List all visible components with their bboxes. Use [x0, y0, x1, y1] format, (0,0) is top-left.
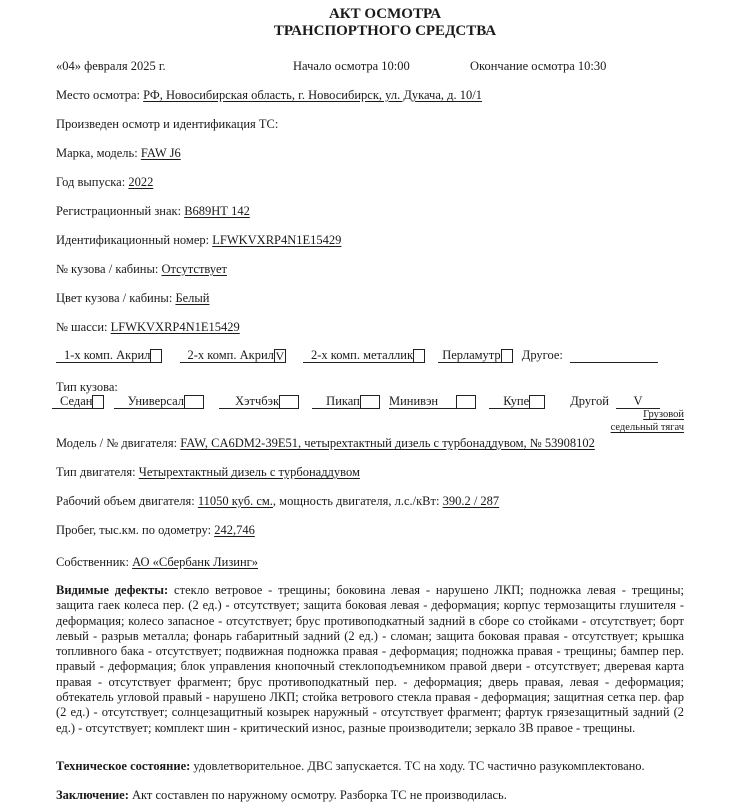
body-option-pickup: Пикап [312, 394, 380, 409]
engine-volume-power: Рабочий объем двигателя: 11050 куб. см.,… [56, 494, 499, 509]
checkbox[interactable] [529, 395, 545, 409]
field-label: Марка, модель: [56, 146, 141, 160]
engine-model: Модель / № двигателя: FAW, CA6DM2-39E51,… [56, 436, 595, 451]
paint-type-row: 1-х комп. Акрил 2-х комп. АкрилV 2-х ком… [56, 348, 658, 363]
paint-option-pearl: Перламутр [438, 348, 512, 363]
field-vin: Идентификационный номер: LFWKVXRP4N1E154… [56, 233, 341, 248]
inspection-place: Место осмотра: РФ, Новосибирская область… [56, 88, 482, 103]
field-color: Цвет кузова / кабины: Белый [56, 291, 210, 306]
field-label: Тип двигателя: [56, 465, 139, 479]
checkbox[interactable] [413, 349, 425, 363]
defects-text: стекло ветровое - трещины; боковина лева… [56, 583, 684, 735]
field-label: Идентификационный номер: [56, 233, 212, 247]
field-value: РФ, Новосибирская область, г. Новосибирс… [143, 88, 482, 102]
identification-heading: Произведен осмотр и идентификация ТС: [56, 117, 278, 132]
field-label: Модель / № двигателя: [56, 436, 180, 450]
body-option-sedan: Седан [52, 394, 104, 409]
paint-other-field[interactable] [570, 350, 658, 363]
field-make-model: Марка, модель: FAW J6 [56, 146, 181, 161]
field-value: АО «Сбербанк Лизинг» [132, 555, 258, 569]
inspection-end: Окончание осмотра 10:30 [470, 59, 606, 74]
field-value: В689НТ 142 [184, 204, 250, 218]
field-value: Белый [175, 291, 209, 305]
field-value: LFWKVXRP4N1E15429 [212, 233, 341, 247]
field-value: 2022 [128, 175, 153, 189]
field-value: FAW J6 [141, 146, 181, 160]
tech-state-label: Техническое состояние: [56, 759, 190, 773]
inspection-date: «04» февраля 2025 г. [56, 59, 166, 74]
field-label: , мощность двигателя, л.с./кВт: [273, 494, 443, 508]
body-option-hatchback: Хэтчбэк [219, 394, 299, 409]
field-label: Регистрационный знак: [56, 204, 184, 218]
field-label: Рабочий объем двигателя: [56, 494, 198, 508]
paint-option-acryl-1: 1-х комп. Акрил [56, 348, 162, 363]
field-label: № шасси: [56, 320, 111, 334]
paint-option-acryl-2: 2-х комп. АкрилV [180, 348, 286, 363]
defects-label: Видимые дефекты: [56, 583, 168, 597]
field-value: 390.2 / 287 [443, 494, 500, 508]
field-reg-plate: Регистрационный знак: В689НТ 142 [56, 204, 250, 219]
checkbox[interactable] [360, 395, 380, 409]
conclusion: Заключение: Акт составлен по наружному о… [56, 788, 507, 803]
field-label: Цвет кузова / кабины: [56, 291, 175, 305]
field-label: Год выпуска: [56, 175, 128, 189]
body-option-wagon: Универсал [114, 394, 204, 409]
field-value: FAW, CA6DM2-39E51, четырехтактный дизель… [180, 436, 595, 450]
checkbox[interactable] [150, 349, 162, 363]
checkbox[interactable] [184, 395, 204, 409]
mileage: Пробег, тыс.км. по одометру: 242,746 [56, 523, 255, 538]
checkbox[interactable]: V [274, 349, 286, 363]
body-other-label: Другой [570, 394, 609, 408]
paint-other-label: Другое: [522, 348, 563, 362]
field-value: Отсутствует [162, 262, 227, 276]
checkbox[interactable] [501, 349, 513, 363]
body-other-mark[interactable]: V [616, 394, 660, 409]
tech-state-text: удовлетворительное. ДВС запускается. ТС … [190, 759, 644, 773]
field-label: Место осмотра: [56, 88, 143, 102]
document-title-line1: АКТ ОСМОТРА [0, 6, 740, 23]
paint-option-metallic: 2-х комп. металлик [303, 348, 425, 363]
document-title-line2: ТРАНСПОРТНОГО СРЕДСТВА [0, 23, 740, 40]
field-label: № кузова / кабины: [56, 262, 162, 276]
field-value: Четырехтактный дизель с турбонаддувом [139, 465, 360, 479]
checkbox[interactable] [92, 395, 104, 409]
body-other-value-line1: Грузовой [643, 409, 684, 420]
conclusion-label: Заключение: [56, 788, 129, 802]
field-value: 242,746 [214, 523, 255, 537]
field-chassis: № шасси: LFWKVXRP4N1E15429 [56, 320, 240, 335]
body-option-coupe: Купе [489, 394, 545, 409]
field-label: Собственник: [56, 555, 132, 569]
body-other-value-line2: седельный тягач [611, 422, 684, 433]
field-value: 11050 куб. см. [198, 494, 273, 508]
body-type-row: Седан Универсал Хэтчбэк Пикап Минивэн Ку… [52, 394, 660, 409]
body-option-minivan: Минивэн [389, 394, 476, 409]
checkbox[interactable] [279, 395, 299, 409]
field-value: LFWKVXRP4N1E15429 [111, 320, 240, 334]
conclusion-text: Акт составлен по наружному осмотру. Разб… [129, 788, 507, 802]
field-year: Год выпуска: 2022 [56, 175, 153, 190]
engine-type: Тип двигателя: Четырехтактный дизель с т… [56, 465, 360, 480]
inspection-start: Начало осмотра 10:00 [293, 59, 410, 74]
checkbox[interactable] [456, 395, 476, 409]
technical-state: Техническое состояние: удовлетворительно… [56, 759, 645, 774]
field-label: Пробег, тыс.км. по одометру: [56, 523, 214, 537]
body-type-label: Тип кузова: [56, 380, 118, 395]
visible-defects: Видимые дефекты: стекло ветровое - трещи… [56, 583, 684, 736]
field-body-number: № кузова / кабины: Отсутствует [56, 262, 227, 277]
owner: Собственник: АО «Сбербанк Лизинг» [56, 555, 258, 570]
